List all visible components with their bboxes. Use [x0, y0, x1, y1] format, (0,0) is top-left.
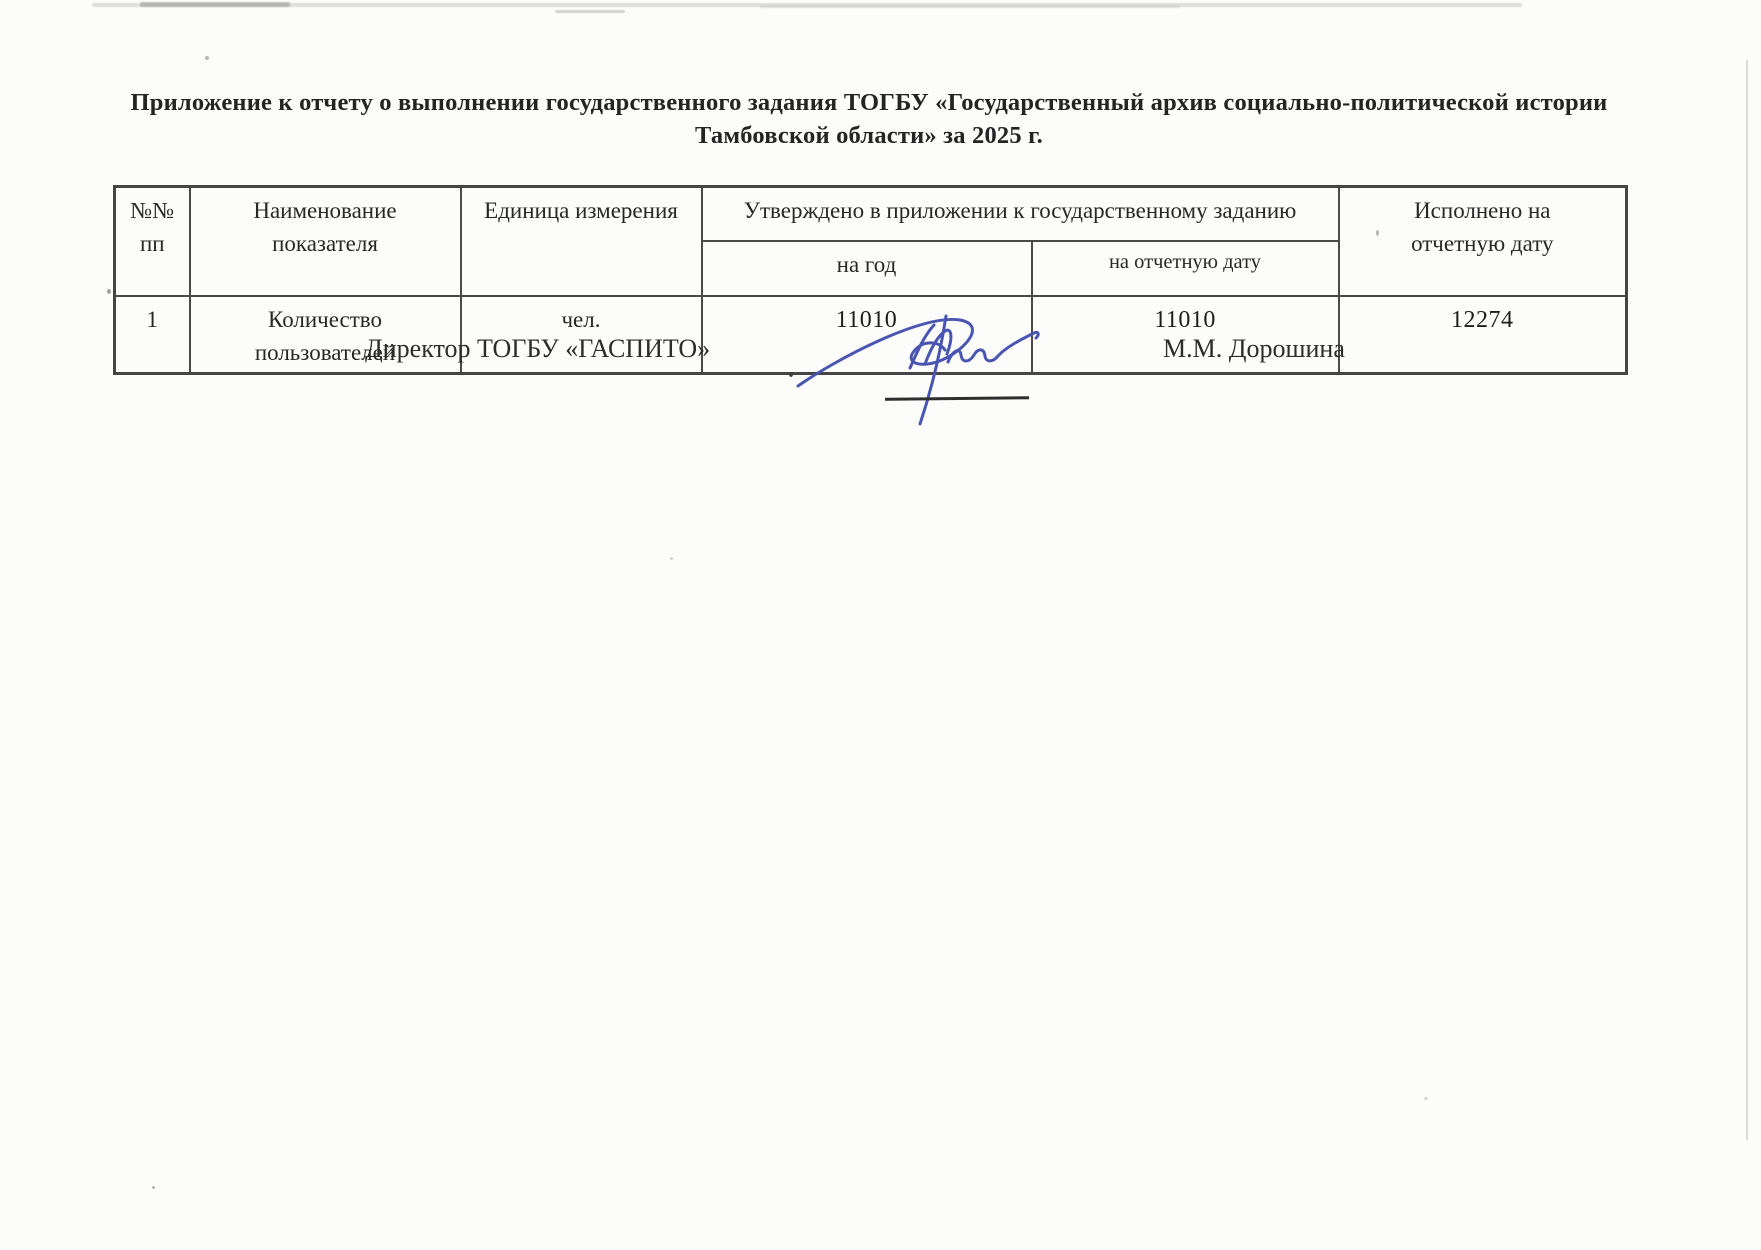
column-header-executed: Исполнено на отчетную дату: [1339, 187, 1627, 297]
scanned-report-page: Приложение к отчету о выполнении государ…: [0, 0, 1761, 1250]
scan-speck: [152, 1186, 155, 1189]
column-subheader-year: на год: [702, 241, 1032, 296]
column-subheader-report-date: на отчетную дату: [1032, 241, 1339, 296]
document-title: Приложение к отчету о выполнении государ…: [113, 86, 1625, 152]
scan-speck: [205, 56, 209, 60]
scan-artifact: [760, 5, 1180, 8]
column-header-unit: Единица измерения: [461, 187, 702, 297]
scan-artifact: [140, 2, 290, 7]
scan-speck: [1424, 1097, 1428, 1100]
column-header-number: №№ пп: [115, 187, 190, 297]
column-header-approved-group: Утверждено в приложении к государственно…: [702, 187, 1339, 242]
scan-speck: [107, 289, 111, 294]
scan-artifact: [555, 10, 625, 13]
cell-executed: 12274: [1339, 296, 1627, 373]
scan-speck: [670, 557, 673, 560]
signature-icon: [793, 310, 1045, 428]
director-name: М.М. Дорошина: [1163, 334, 1345, 364]
document-title-line2: Тамбовской области» за 2025 г.: [113, 119, 1625, 152]
director-position-label: Директор ТОГБУ «ГАСПИТО»: [365, 334, 710, 364]
cell-number: 1: [115, 296, 190, 373]
column-header-indicator: Наименование показателя: [190, 187, 461, 297]
document-title-line1: Приложение к отчету о выполнении государ…: [113, 86, 1625, 119]
scan-edge-artifact: [1746, 60, 1748, 1140]
